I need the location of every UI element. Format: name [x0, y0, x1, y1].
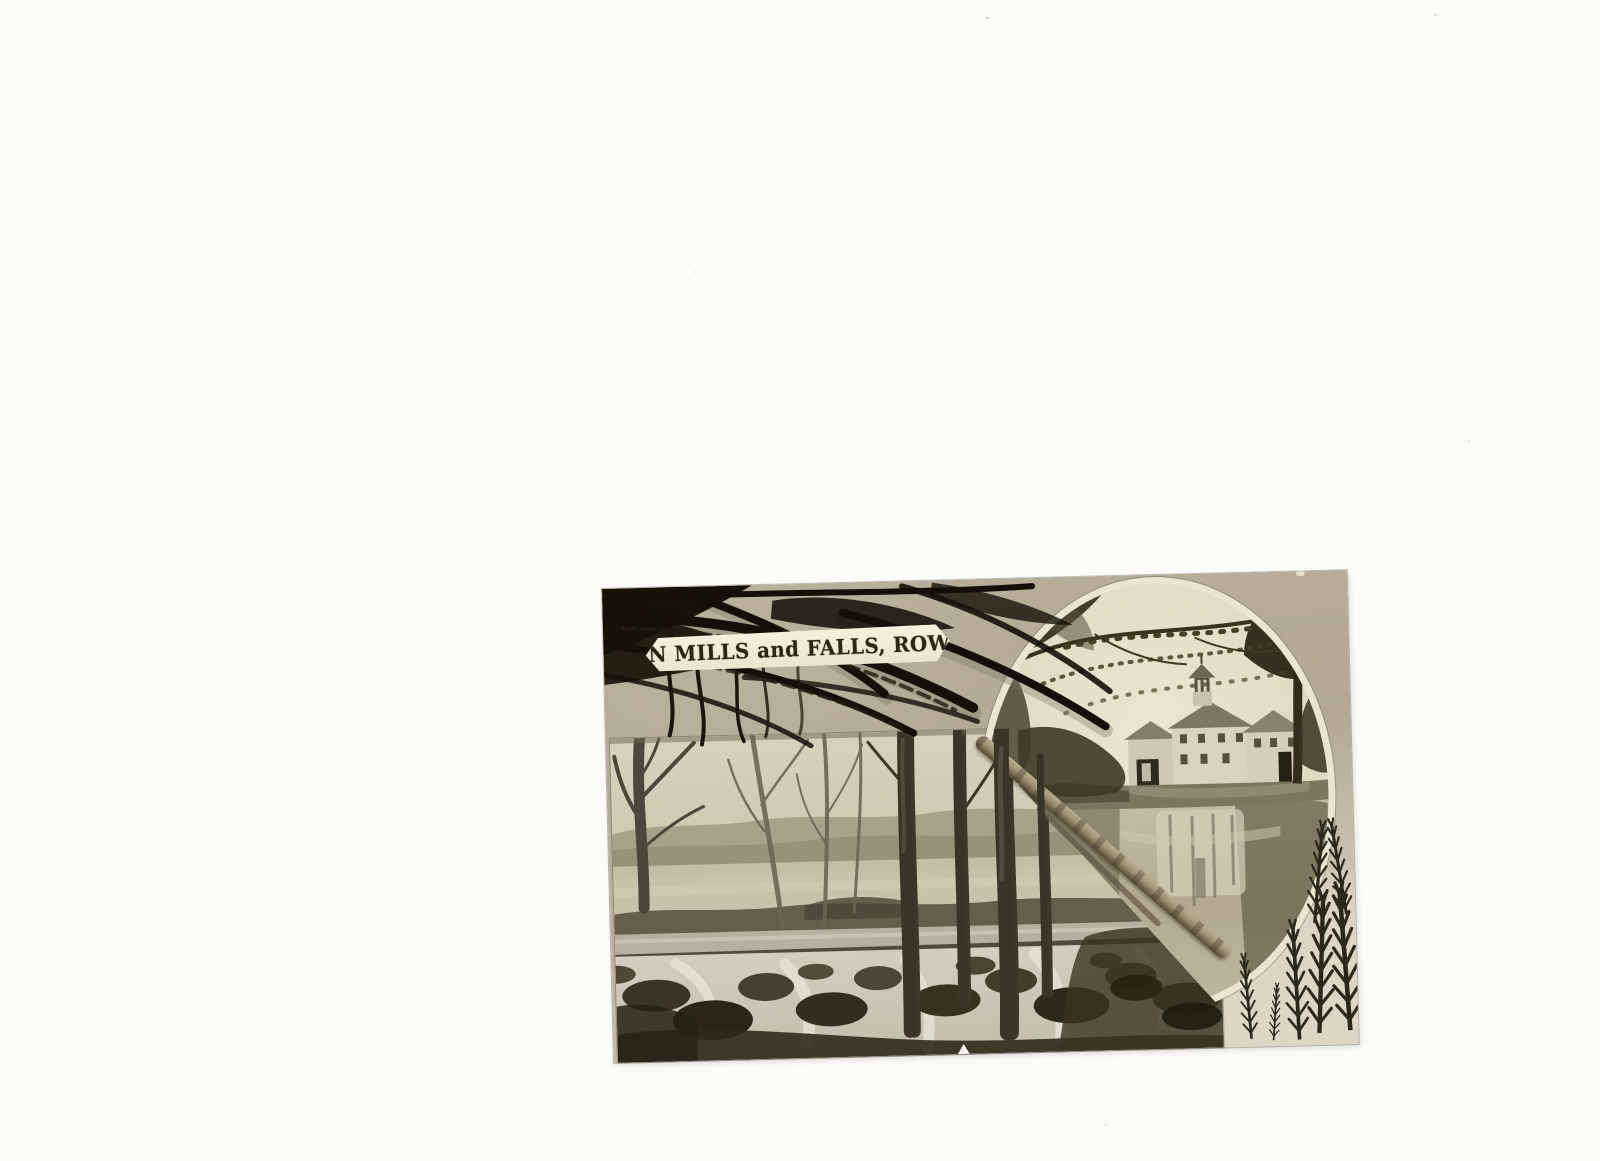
- dust-speck: [1104, 1124, 1107, 1126]
- sprig: [1269, 983, 1283, 1041]
- doorway: [1278, 752, 1292, 782]
- dust-speck: [1434, 13, 1437, 16]
- foreground-trunks: [886, 728, 1064, 1056]
- vintage-postcard: GLEN MILLS and FALLS, ROWLEY: [602, 570, 1359, 1063]
- dust-speck: [1468, 440, 1470, 442]
- dust-speck: [986, 17, 989, 19]
- pressed-sprigs: [1204, 810, 1359, 1048]
- pressed-branch-decoration: [602, 576, 1126, 769]
- sprig: [1282, 919, 1310, 1040]
- dust-speck: [694, 271, 696, 273]
- sprig: [1236, 953, 1259, 1040]
